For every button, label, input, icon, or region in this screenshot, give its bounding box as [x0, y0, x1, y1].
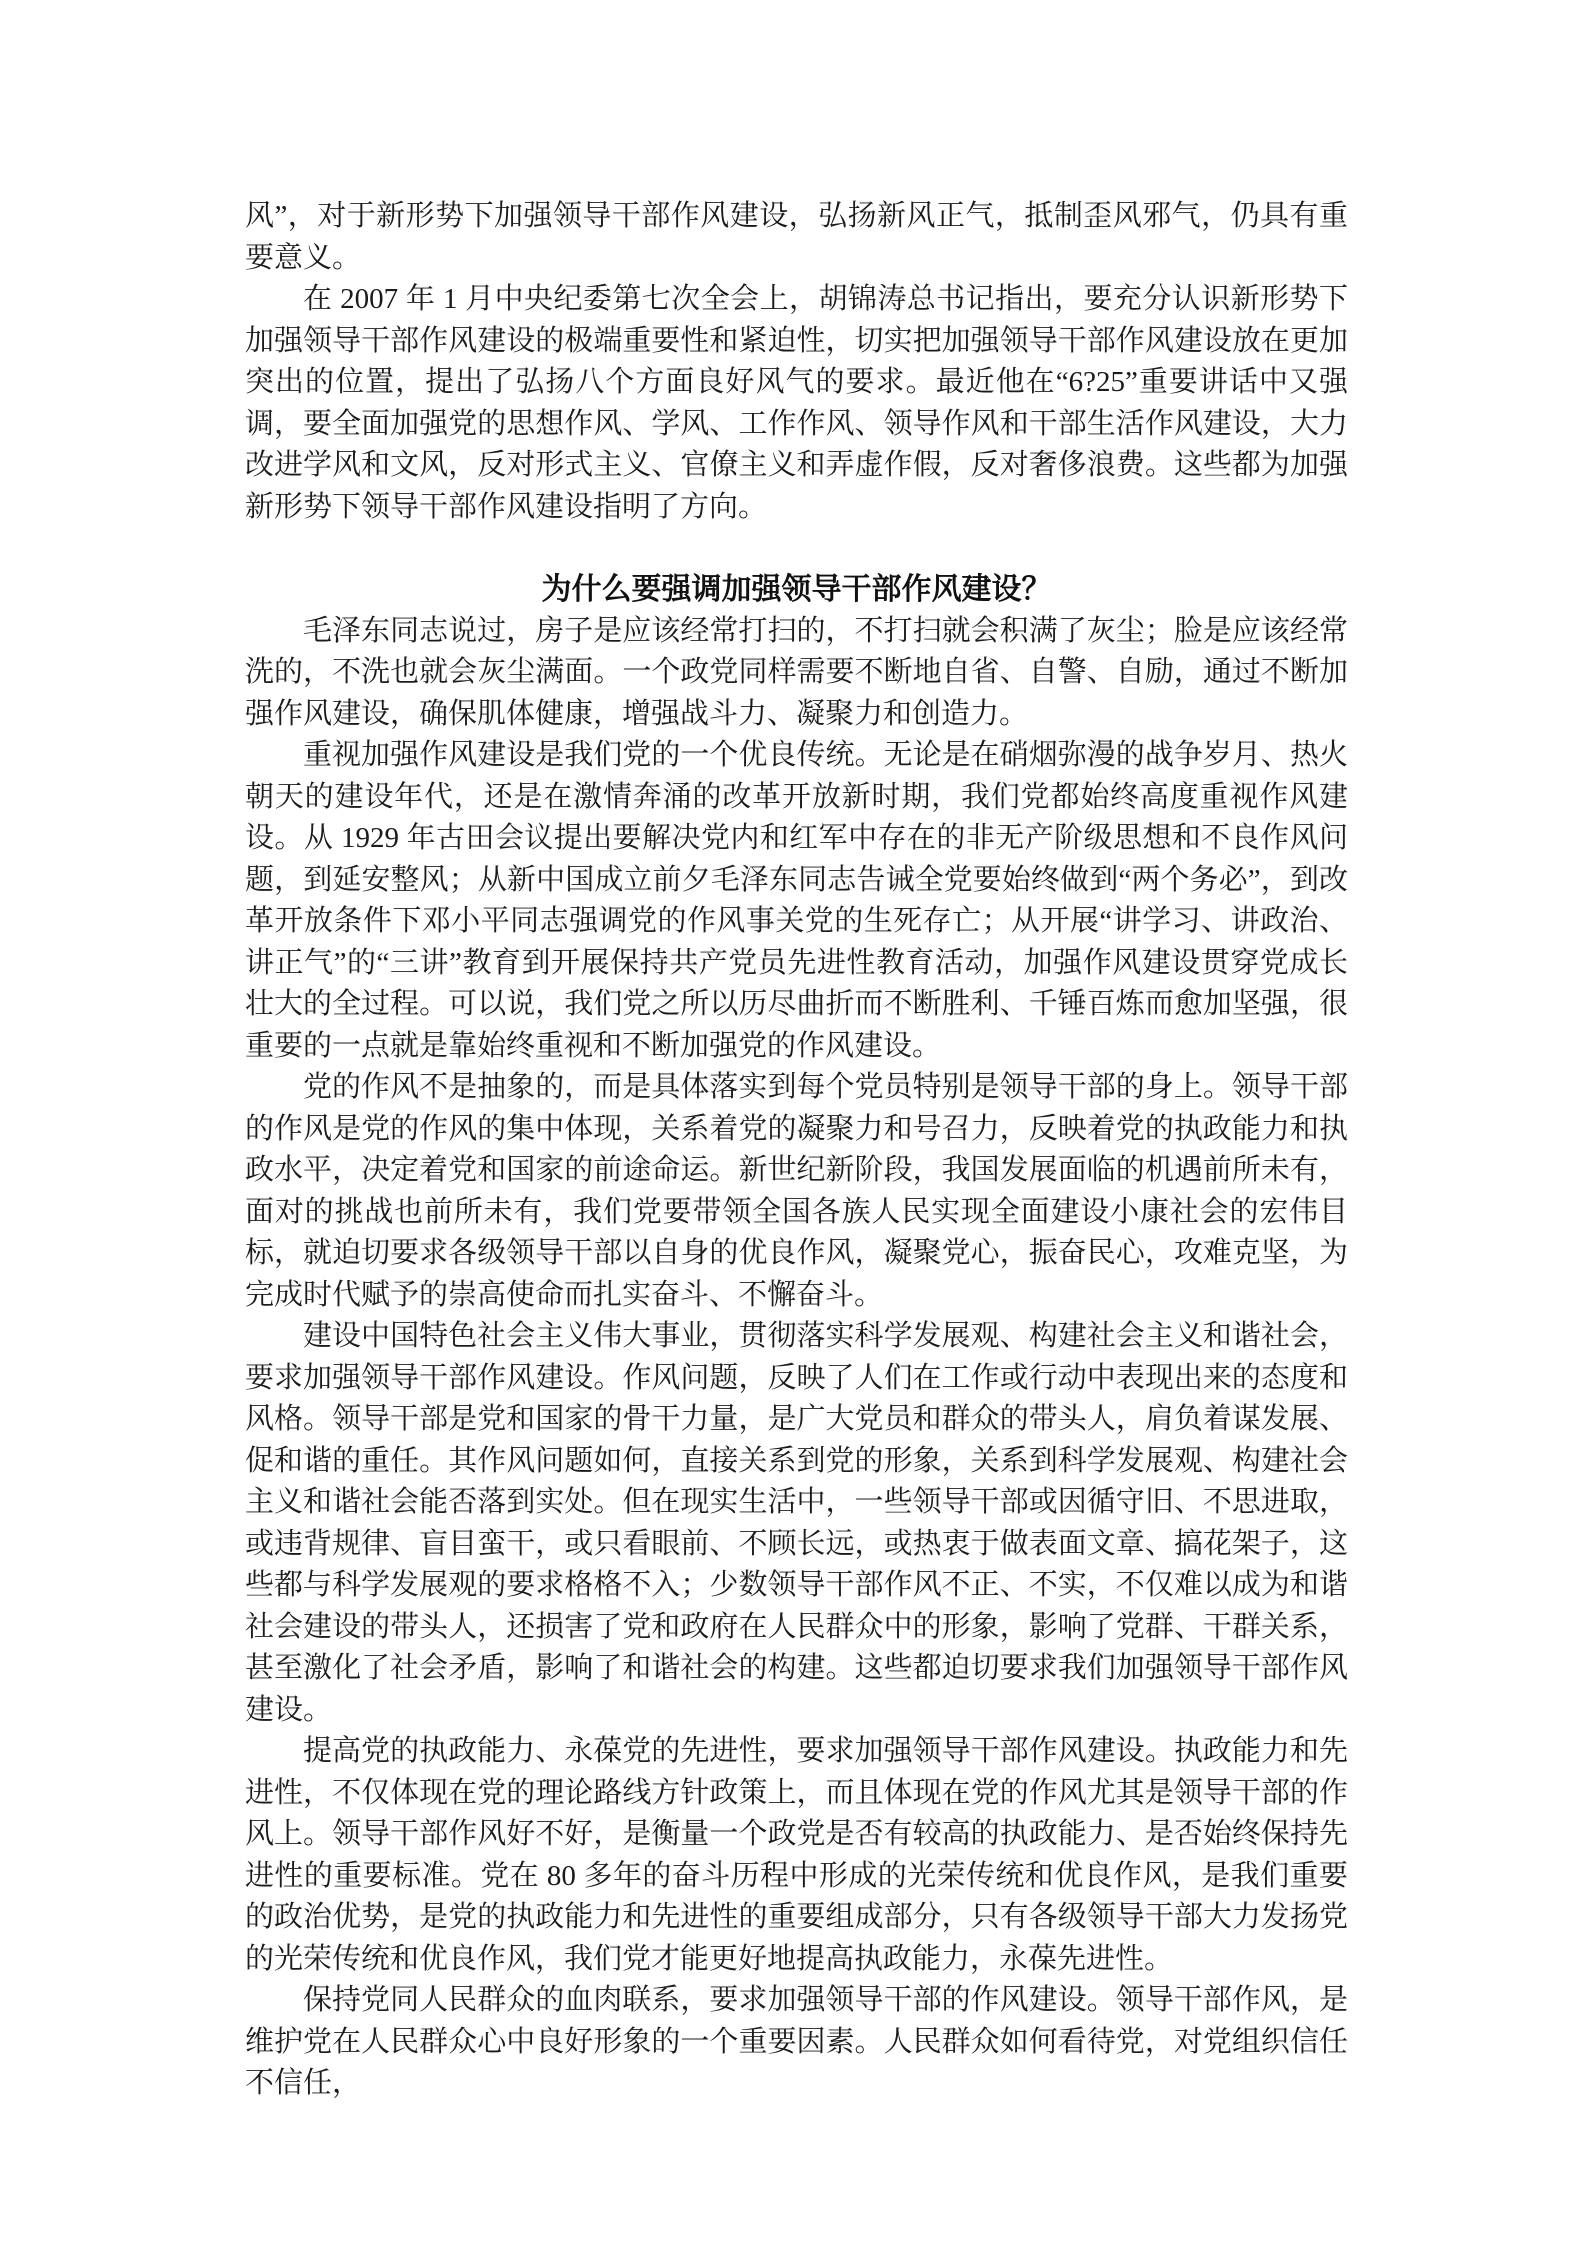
paragraph-2: 在 2007 年 1 月中央纪委第七次全会上，胡锦涛总书记指出，要充分认识新形势…: [245, 279, 1348, 528]
paragraph-1: 风”，对于新形势下加强领导干部作风建设，弘扬新风正气，抵制歪风邪气，仍具有重要意…: [245, 196, 1348, 279]
paragraph-7: 建设中国特色社会主义伟大事业，贯彻落实科学发展观、构建社会主义和谐社会，要求加强…: [245, 1316, 1348, 1731]
paragraph-4: 毛泽东同志说过，房子是应该经常打扫的，不打扫就会积满了灰尘；脸是应该经常洗的，不…: [245, 611, 1348, 736]
document-page: 风”，对于新形势下加强领导干部作风建设，弘扬新风正气，抵制歪风邪气，仍具有重要意…: [0, 0, 1594, 2252]
paragraph-9: 保持党同人民群众的血肉联系，要求加强领导干部的作风建设。领导干部作风，是维护党在…: [245, 1980, 1348, 2105]
paragraph-6: 党的作风不是抽象的，而是具体落实到每个党员特别是领导干部的身上。领导干部的作风是…: [245, 1067, 1348, 1316]
paragraph-5: 重视加强作风建设是我们党的一个优良传统。无论是在硝烟弥漫的战争岁月、热火朝天的建…: [245, 735, 1348, 1067]
paragraph-8: 提高党的执政能力、永葆党的先进性，要求加强领导干部作风建设。执政能力和先进性，不…: [245, 1731, 1348, 1980]
document-text-block: 风”，对于新形势下加强领导干部作风建设，弘扬新风正气，抵制歪风邪气，仍具有重要意…: [245, 196, 1348, 2105]
section-heading: 为什么要强调加强领导干部作风建设？: [245, 569, 1348, 611]
